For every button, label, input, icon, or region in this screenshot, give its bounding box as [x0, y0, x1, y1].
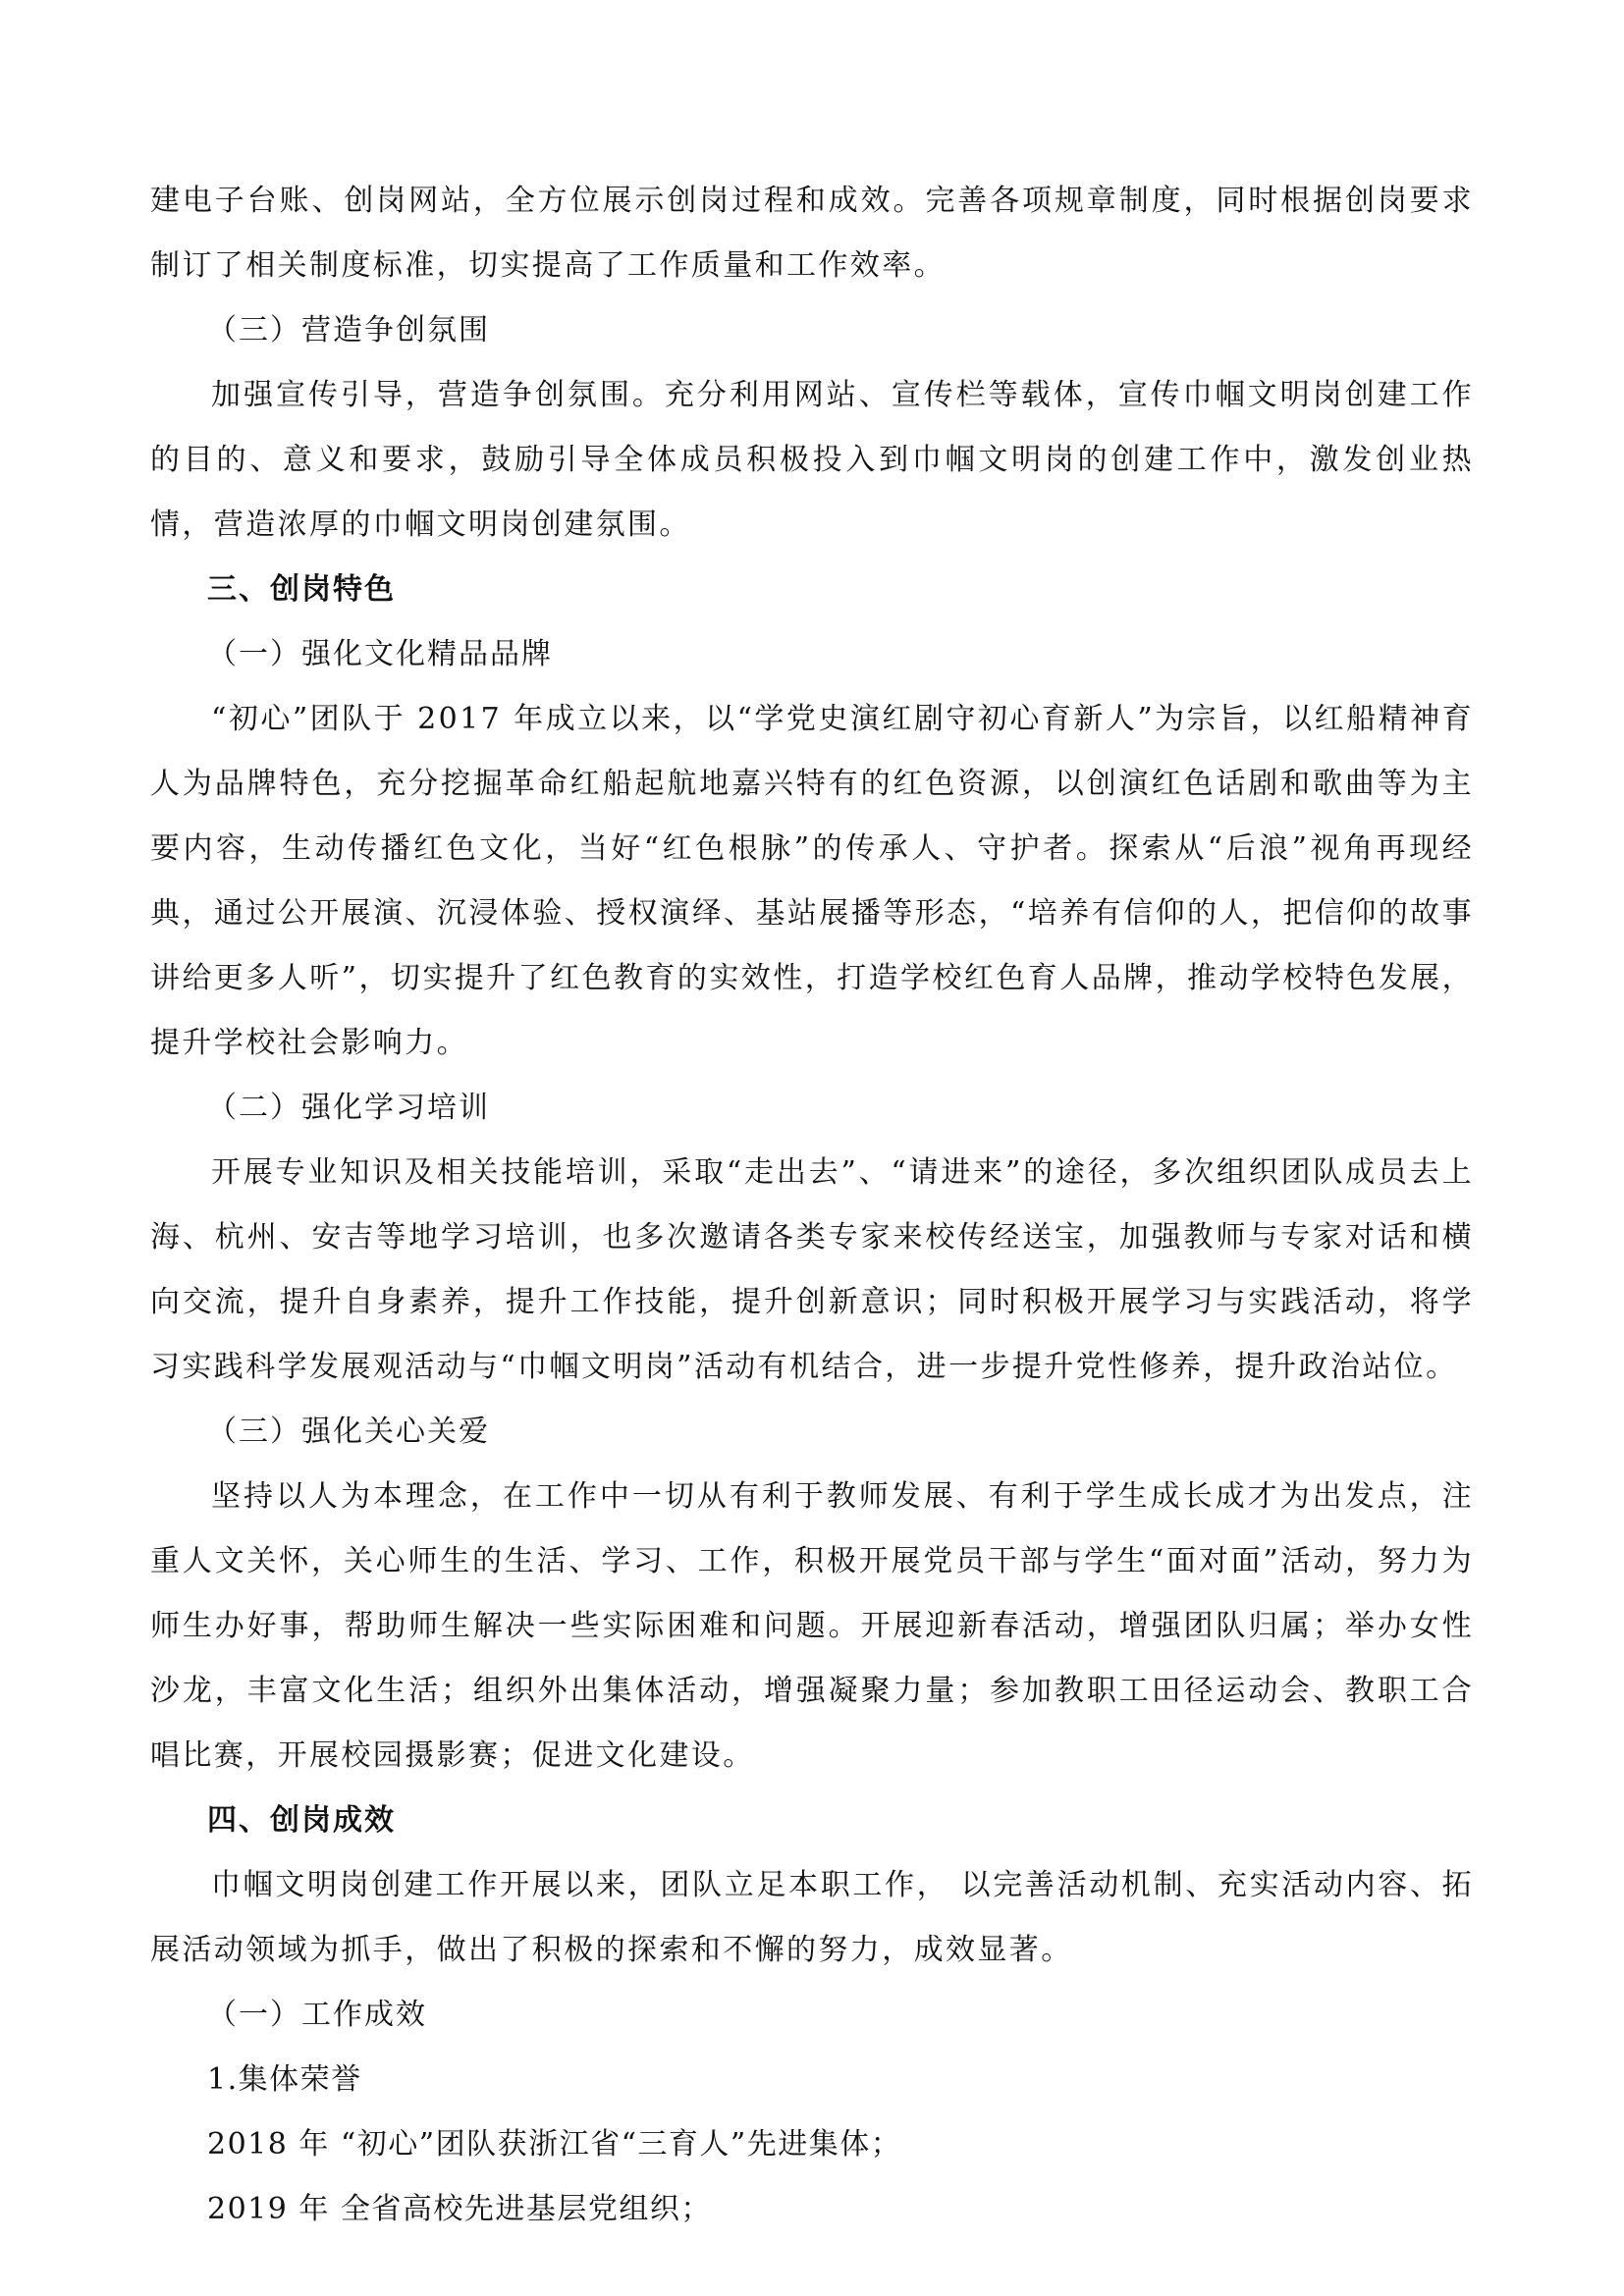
list-item-honor-2018: 2018 年 “初心”团队获浙江省“三育人”先进集体； — [150, 2112, 1474, 2177]
subheading-care: （三）强化关心关爱 — [150, 1400, 1474, 1465]
paragraph-text: 加强宣传引导，营造争创氛围。充分利用网站、宣传栏等载体，宣传巾帼文明岗创建工作的… — [150, 363, 1474, 558]
subheading-work-results: （一）工作成效 — [150, 1983, 1474, 2048]
subheading-create-atmosphere: （三）营造争创氛围 — [150, 298, 1474, 363]
document-body: 建电子台账、创岗网站，全方位展示创岗过程和成效。完善各项规章制度，同时根据创岗要… — [150, 169, 1474, 2242]
paragraph-text: 巾帼文明岗创建工作开展以来，团队立足本职工作， 以完善活动机制、充实活动内容、拓… — [150, 1853, 1474, 1983]
paragraph-atmosphere: 加强宣传引导，营造争创氛围。充分利用网站、宣传栏等载体，宣传巾帼文明岗创建工作的… — [150, 363, 1474, 558]
paragraph-text: 开展专业知识及相关技能培训，采取“走出去”、“请进来”的途径，多次组织团队成员去… — [150, 1141, 1474, 1400]
subheading-culture-brand: （一）强化文化精品品牌 — [150, 622, 1474, 687]
paragraph-text: 建电子台账、创岗网站，全方位展示创岗过程和成效。完善各项规章制度，同时根据创岗要… — [150, 169, 1474, 298]
paragraph-culture-brand: “初心”团队于 2017 年成立以来，以“学党史演红剧守初心育新人”为宗旨，以红… — [150, 687, 1474, 1076]
heading-section-3-features: 三、创岗特色 — [150, 558, 1474, 622]
paragraph-results-intro: 巾帼文明岗创建工作开展以来，团队立足本职工作， 以完善活动机制、充实活动内容、拓… — [150, 1853, 1474, 1983]
paragraph-text: 坚持以人为本理念，在工作中一切从有利于教师发展、有利于学生成长成才为出发点，注重… — [150, 1465, 1474, 1789]
paragraph-continuation: 建电子台账、创岗网站，全方位展示创岗过程和成效。完善各项规章制度，同时根据创岗要… — [150, 169, 1474, 298]
heading-section-4-results: 四、创岗成效 — [150, 1789, 1474, 1853]
paragraph-text: “初心”团队于 2017 年成立以来，以“学党史演红剧守初心育新人”为宗旨，以红… — [150, 687, 1474, 1076]
paragraph-training: 开展专业知识及相关技能培训，采取“走出去”、“请进来”的途径，多次组织团队成员去… — [150, 1141, 1474, 1400]
list-item-honor-2019: 2019 年 全省高校先进基层党组织； — [150, 2177, 1474, 2242]
list-item-collective-honors: 1.集体荣誉 — [150, 2048, 1474, 2112]
document-page: 建电子台账、创岗网站，全方位展示创岗过程和成效。完善各项规章制度，同时根据创岗要… — [0, 0, 1624, 2296]
paragraph-care: 坚持以人为本理念，在工作中一切从有利于教师发展、有利于学生成长成才为出发点，注重… — [150, 1465, 1474, 1789]
subheading-training: （二）强化学习培训 — [150, 1076, 1474, 1141]
